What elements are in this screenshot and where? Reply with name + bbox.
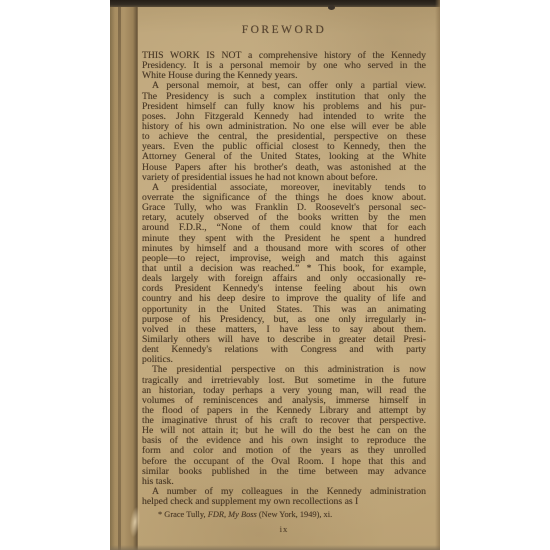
page-title: FOREWORD <box>142 24 426 36</box>
page-number: ix <box>142 524 426 534</box>
footnote: * Grace Tully, FDR, My Boss (New York, 1… <box>142 510 426 520</box>
gutter-crease <box>118 0 121 550</box>
book-page-scan: FOREWORD THIS WORK IS NOT a comprehensiv… <box>110 0 440 550</box>
paragraph: THIS WORK IS NOT a comprehensive history… <box>142 51 426 81</box>
page-top-edge-notch <box>328 5 335 10</box>
page-content: FOREWORD THIS WORK IS NOT a comprehensiv… <box>142 24 426 534</box>
text-line: country and his deep desire to improve t… <box>142 294 426 304</box>
page-bottom-edge <box>110 545 440 550</box>
footnote-rest: (New York, 1949), xi. <box>257 510 332 519</box>
paragraph: A personal memoir, at best, can offer on… <box>142 81 426 182</box>
text-line: The presidential perspective on this adm… <box>142 365 426 375</box>
page-right-edge <box>435 0 440 550</box>
paragraph: A number of my colleagues in the Kennedy… <box>142 487 426 507</box>
paragraph: The presidential perspective on this adm… <box>142 365 426 487</box>
text-line: helped check and supplement my own recol… <box>142 497 426 507</box>
paragraph: A presidential associate, moreover, inev… <box>142 183 426 366</box>
footnote-prefix: * Grace Tully, <box>158 510 208 519</box>
foreword-text: THIS WORK IS NOT a comprehensive history… <box>142 51 426 507</box>
footnote-italic-title: FDR, My Boss <box>208 510 257 519</box>
text-line: similar books published in the time betw… <box>142 467 426 477</box>
text-line: dent Kennedy's relations with Congress a… <box>142 345 426 355</box>
page-gutter-edge <box>110 0 138 550</box>
text-line: around F.D.R., “None of them could know … <box>142 223 426 233</box>
page-top-edge <box>110 0 440 7</box>
